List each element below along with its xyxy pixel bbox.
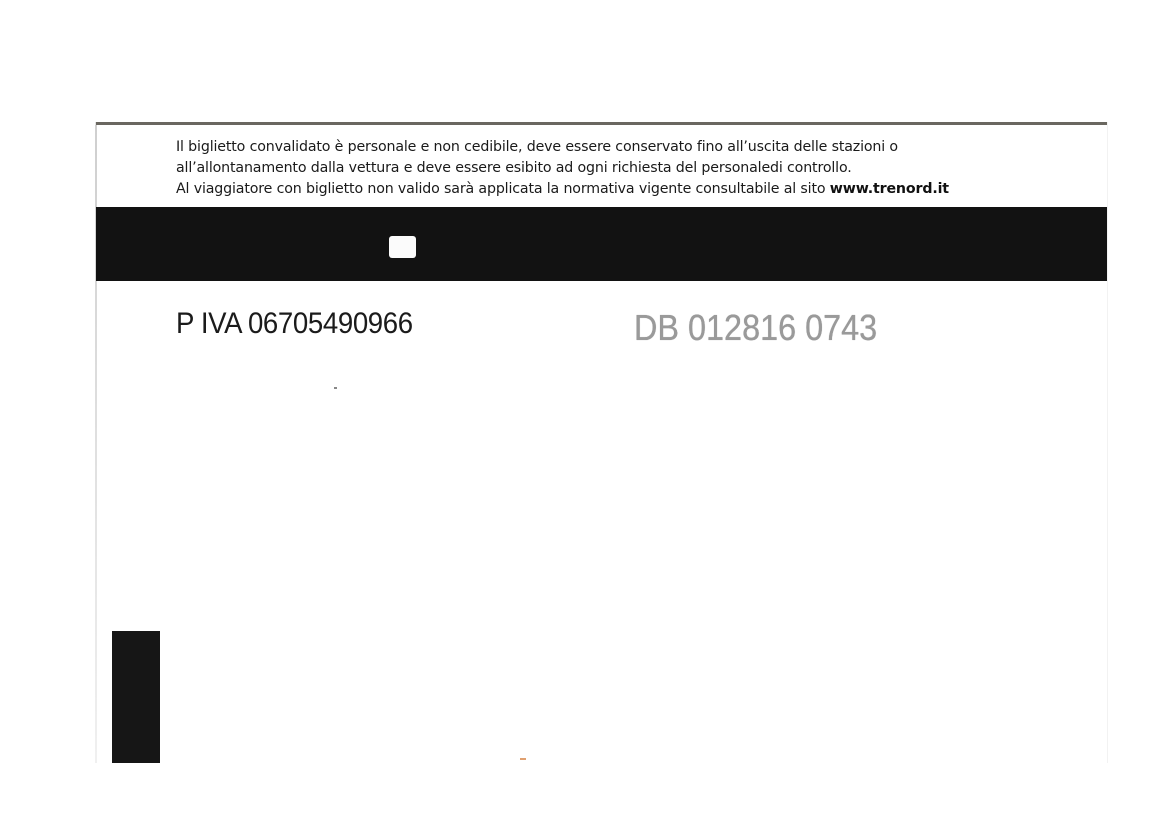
scan-speck [334,387,337,389]
validation-notice: Il biglietto convalidato è personale e n… [176,137,949,200]
punch-hole [389,236,416,258]
notice-line-3-text: Al viaggiatore con biglietto non valido … [176,181,830,197]
serial-number: DB 012816 0743 [634,307,877,349]
website-link: www.trenord.it [830,181,949,197]
black-marker-block [112,631,160,763]
notice-line-2: all’allontanamento dalla vettura e deve … [176,158,949,179]
vat-number: P IVA 06705490966 [176,307,413,341]
notice-line-3: Al viaggiatore con biglietto non valido … [176,179,949,200]
scan-speck [520,758,526,760]
ticket-back: Il biglietto convalidato è personale e n… [96,122,1107,763]
notice-line-1: Il biglietto convalidato è personale e n… [176,137,949,158]
magnetic-stripe [96,207,1107,281]
